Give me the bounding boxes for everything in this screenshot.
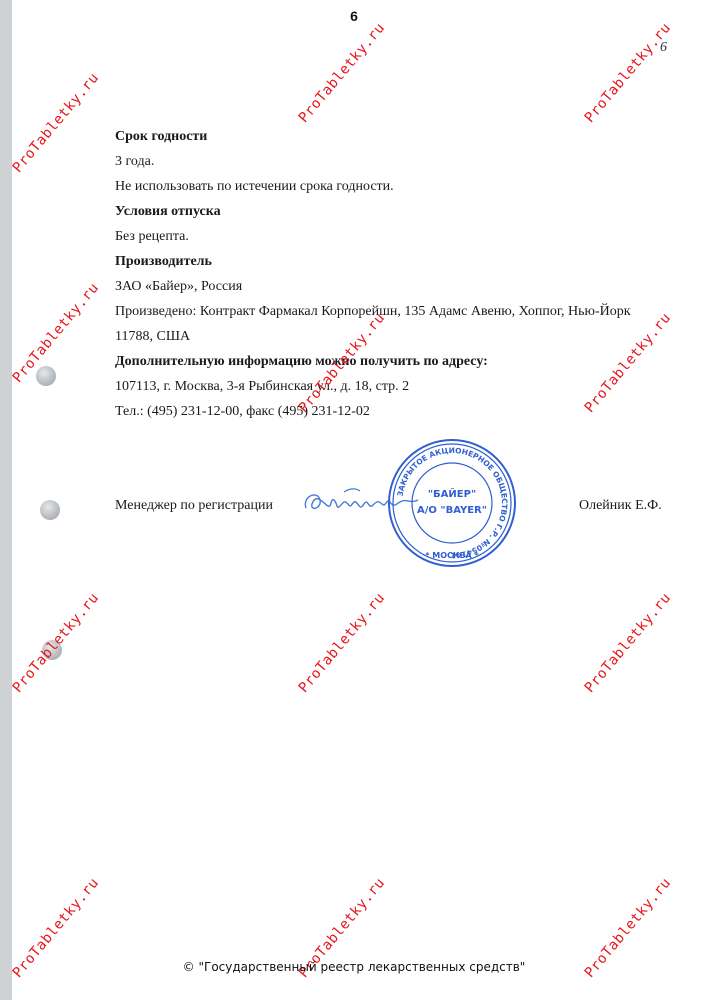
heading-manufacturer: Производитель [115, 249, 675, 274]
watermark: ProTabletky.ru [296, 590, 389, 696]
scan-edge-strip [0, 0, 12, 1000]
company-seal-stamp: ЗАКРЫТОЕ АКЦИОНЕРНОЕ ОБЩЕСТВО Г.Р. №0541… [386, 437, 518, 569]
watermark: ProTabletky.ru [10, 280, 103, 386]
signer-title: Менеджер по регистрации [115, 498, 273, 514]
svg-text:"БАЙЕР": "БАЙЕР" [428, 487, 476, 500]
manufacturer-name: ЗАО «Байер», Россия [115, 274, 675, 299]
watermark: ProTabletky.ru [582, 20, 675, 126]
signer-name: Олейник Е.Ф. [579, 498, 662, 514]
watermark: ProTabletky.ru [10, 590, 103, 696]
document-body: Срок годности 3 года. Не использовать по… [115, 124, 675, 424]
shelf-life-note: Не использовать по истечении срока годно… [115, 174, 675, 199]
heading-dispensing-conditions: Условия отпуска [115, 199, 675, 224]
produced-by-line1: Произведено: Контракт Фармакал Корпорейш… [115, 299, 675, 324]
page-number: 6 [0, 8, 708, 24]
produced-by-line2: 11788, США [115, 324, 675, 349]
punch-hole [40, 500, 60, 520]
svg-text:* МОСКВА *: * МОСКВА * [425, 551, 479, 560]
heading-additional-info: Дополнительную информацию можно получить… [115, 349, 675, 374]
shelf-life-value: 3 года. [115, 149, 675, 174]
watermark: ProTabletky.ru [296, 20, 389, 126]
punch-hole [36, 366, 56, 386]
copyright-footer: © "Государственный реестр лекарственных … [0, 960, 708, 974]
svg-text:A/O "BAYER": A/O "BAYER" [417, 505, 487, 516]
heading-shelf-life: Срок годности [115, 124, 675, 149]
watermark: ProTabletky.ru [582, 590, 675, 696]
watermark: ProTabletky.ru [10, 70, 103, 176]
dispensing-value: Без рецепта. [115, 224, 675, 249]
